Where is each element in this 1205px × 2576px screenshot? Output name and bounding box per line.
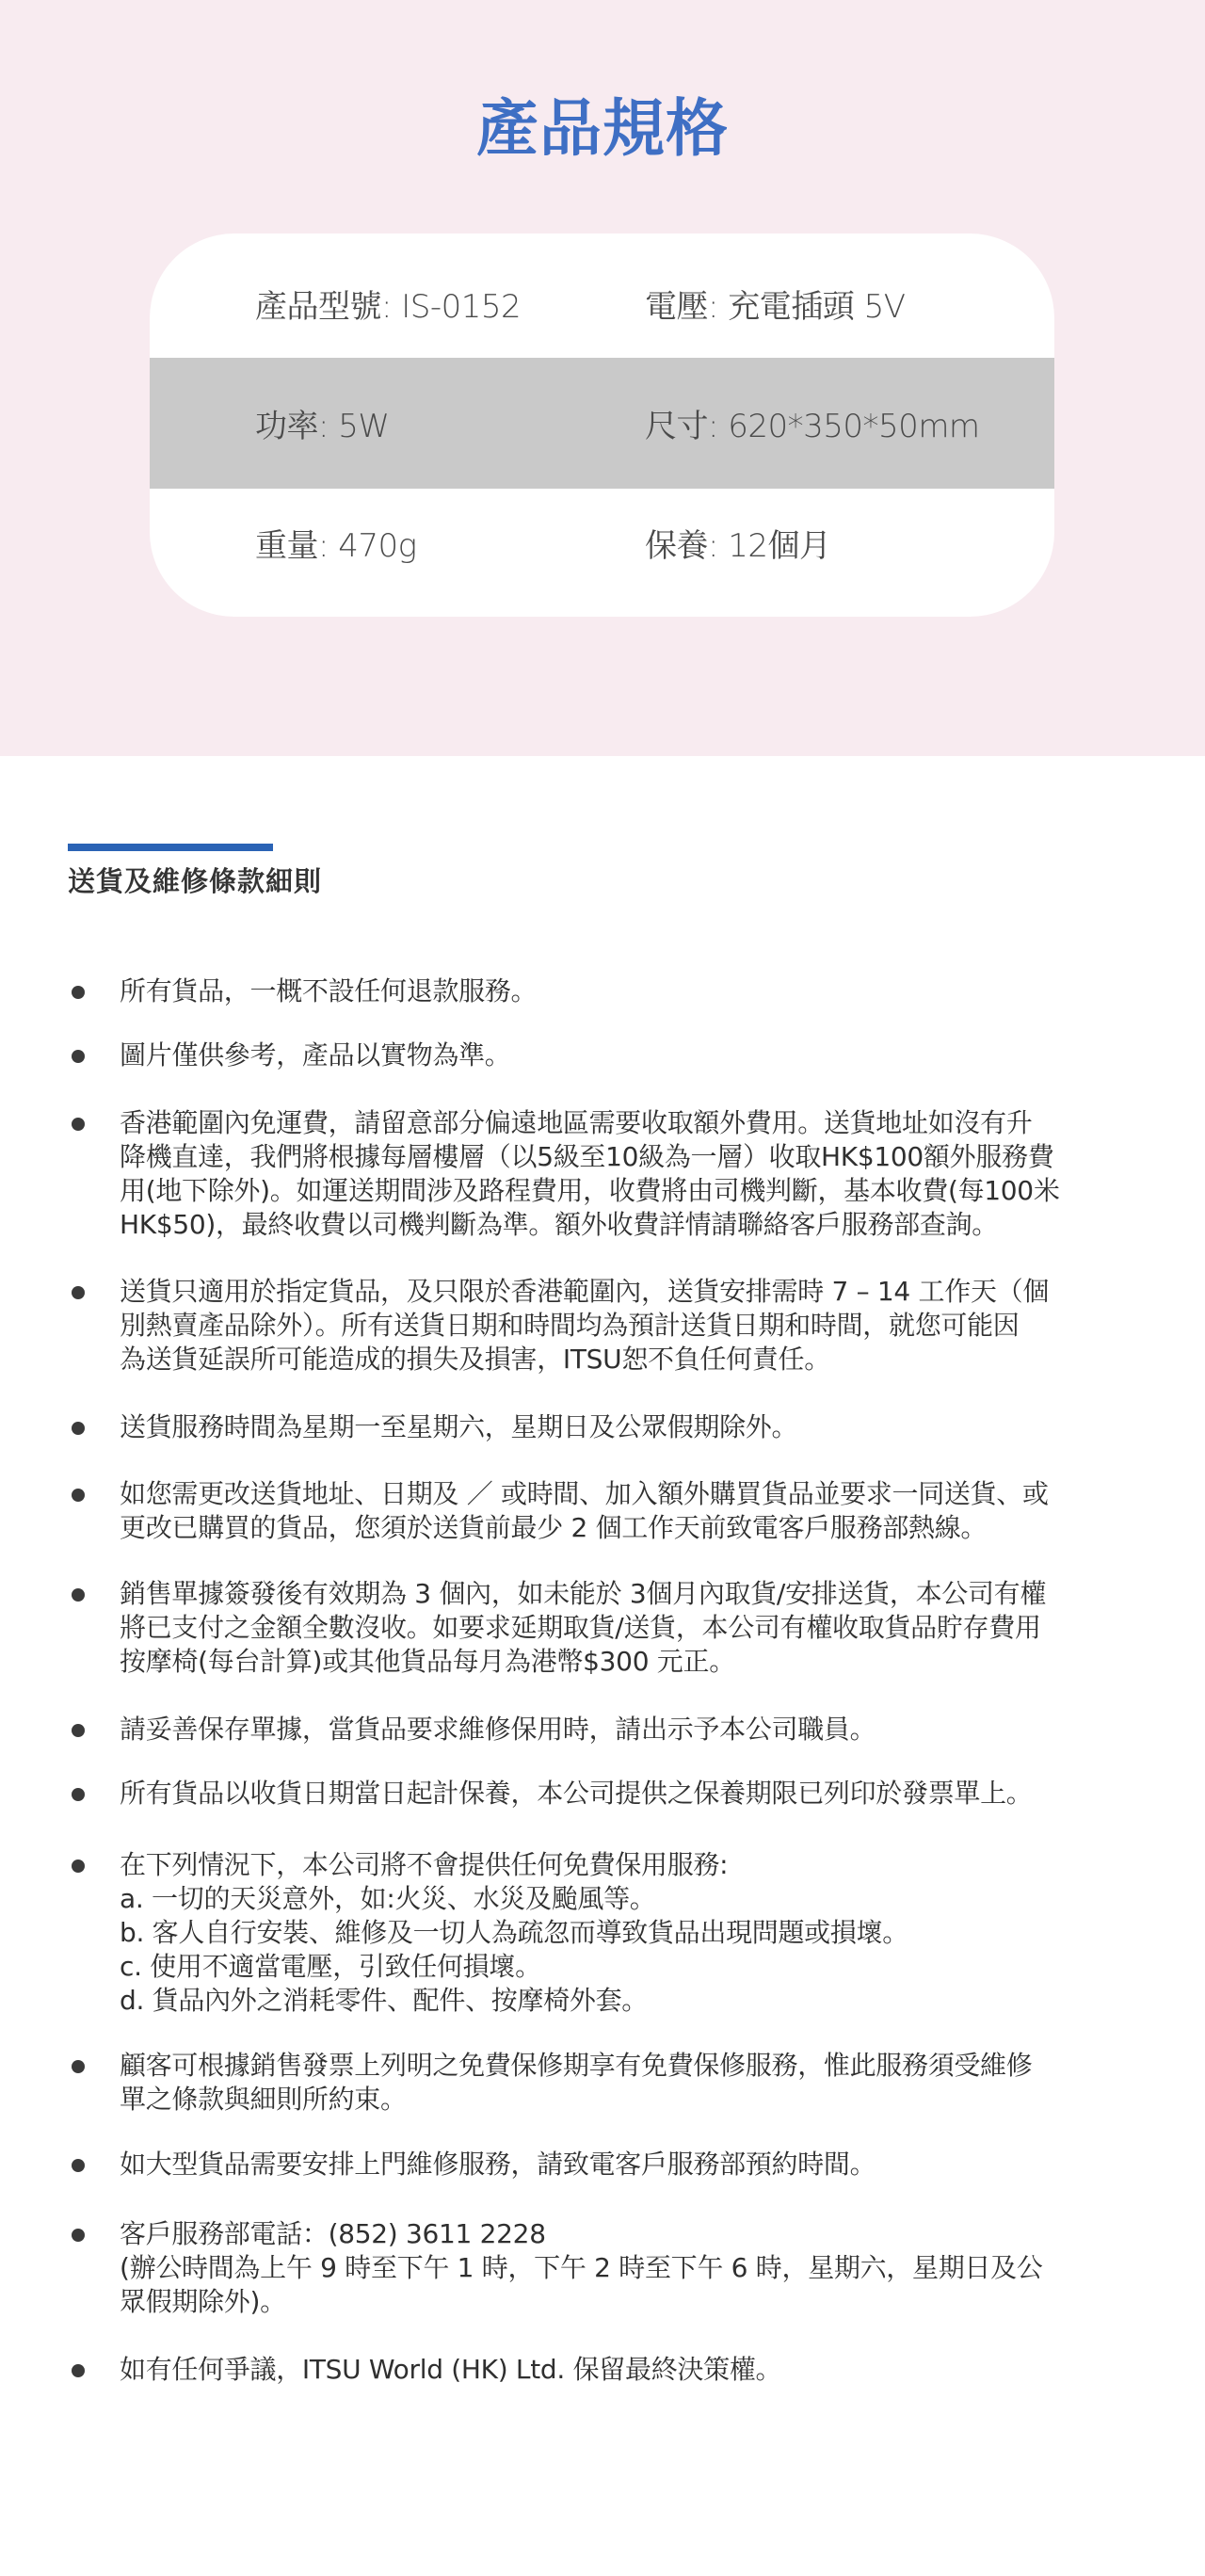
- bullet-icon: [72, 2060, 85, 2073]
- terms-heading: 送貨及維修條款細則: [68, 861, 322, 902]
- term-text: 如大型貨品需要安排上門維修服務，請致電客戶服務部預約時間。: [120, 2148, 1136, 2182]
- term-text: 請妥善保存單據，當貨品要求維修保用時，請出示予本公司職員。: [120, 1713, 1136, 1747]
- term-text: 銷售單據簽發後有效期為 3 個內，如未能於 3個月內取貨/安排送貨，本公司有權 …: [120, 1577, 1136, 1679]
- spec-row: 重量: 470g 保養: 12個月: [150, 489, 1054, 617]
- bullet-icon: [72, 1588, 85, 1602]
- spec-model: 產品型號: IS-0152: [255, 281, 521, 327]
- terms-section: 送貨及維修條款細則 所有貨品，一概不設任何退款服務。 圖片僅供參考，產品以實物為…: [0, 756, 1205, 2576]
- term-text: 送貨服務時間為星期一至星期六，星期日及公眾假期除外。: [120, 1410, 1136, 1444]
- term-text: 如有任何爭議，ITSU World (HK) Ltd. 保留最終決策權。: [120, 2353, 1136, 2387]
- bullet-icon: [72, 2364, 85, 2377]
- spec-title: 產品規格: [0, 87, 1205, 171]
- bullet-icon: [72, 1788, 85, 1801]
- spec-row: 產品型號: IS-0152 電壓: 充電插頭 5V: [150, 233, 1054, 358]
- bullet-icon: [72, 1050, 85, 1063]
- term-text: 顧客可根據銷售發票上列明之免費保修期享有免費保修服務，惟此服務須受維修 單之條款…: [120, 2049, 1136, 2117]
- spec-row: 功率: 5W 尺寸: 620*350*50mm: [150, 358, 1054, 489]
- spec-power: 功率: 5W: [255, 400, 390, 446]
- term-text: 香港範圍內免運費，請留意部分偏遠地區需要收取額外費用。送貨地址如沒有升 降機直達…: [120, 1106, 1136, 1242]
- heading-accent-bar: [68, 844, 273, 851]
- spec-dimensions: 尺寸: 620*350*50mm: [645, 400, 980, 446]
- term-text: 所有貨品，一概不設任何退款服務。: [120, 974, 1136, 1008]
- bullet-icon: [72, 1724, 85, 1737]
- term-text: 客戶服務部電話：(852) 3611 2228 (辦公時間為上午 9 時至下午 …: [120, 2217, 1136, 2319]
- term-text: 在下列情況下，本公司將不會提供任何免費保用服務: a. 一切的天災意外，如:火災…: [120, 1848, 1136, 2018]
- bullet-icon: [72, 1286, 85, 1299]
- term-text: 送貨只適用於指定貨品，及只限於香港範圍內，送貨安排需時 7 – 14 工作天（個…: [120, 1275, 1136, 1377]
- spec-weight: 重量: 470g: [255, 520, 417, 566]
- bullet-icon: [72, 986, 85, 999]
- bullet-icon: [72, 1489, 85, 1502]
- bullet-icon: [72, 1860, 85, 1873]
- term-text: 圖片僅供參考，產品以實物為準。: [120, 1038, 1136, 1072]
- term-text: 所有貨品以收貨日期當日起計保養，本公司提供之保養期限已列印於發票單上。: [120, 1777, 1136, 1811]
- spec-voltage: 電壓: 充電插頭 5V: [645, 281, 905, 327]
- product-spec-section: 產品規格 產品型號: IS-0152 電壓: 充電插頭 5V 功率: 5W 尺寸…: [0, 0, 1205, 756]
- spec-card: 產品型號: IS-0152 電壓: 充電插頭 5V 功率: 5W 尺寸: 620…: [150, 233, 1054, 617]
- spec-warranty: 保養: 12個月: [645, 520, 831, 566]
- bullet-icon: [72, 1118, 85, 1131]
- bullet-icon: [72, 2229, 85, 2242]
- bullet-icon: [72, 1422, 85, 1435]
- term-text: 如您需更改送貨地址、日期及 ／ 或時間、加入額外購買貨品並要求一同送貨、或 更改…: [120, 1477, 1136, 1545]
- bullet-icon: [72, 2159, 85, 2172]
